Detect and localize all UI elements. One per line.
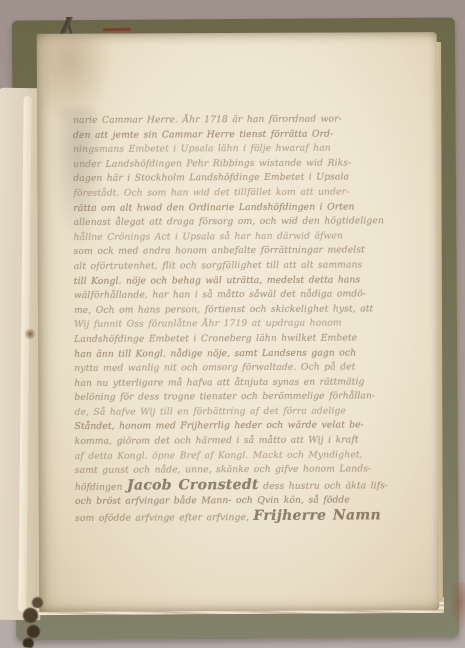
text-segment: Ståndet, honom med Frijherrlig heder och… — [75, 420, 364, 433]
text-segment: som ofödde arfvinge efter arfvinge, — [75, 512, 253, 524]
text-segment: nytta med wanlig nit och omsorg förwalta… — [74, 362, 355, 374]
text-segment: Landshöfdinge Embetet i Croneberg lähn h… — [74, 332, 357, 344]
text-segment: hållne Crönings Act i Upsala så har han … — [74, 230, 344, 242]
text-segment: till Kongl. nöje och behag wäl uträtta, … — [74, 274, 361, 286]
text-segment: Wij funnit Oss föranlåtne Åhr 1719 at up… — [74, 318, 342, 330]
text-segment: samt gunst och nåde, unne, skänke och gi… — [75, 464, 372, 477]
text-segment: dess hustru och äkta lifs- — [259, 480, 389, 492]
text-segment: de, Så hafve Wij till en förbättring af … — [74, 405, 346, 417]
text-segment: allenast ålegat att draga försorg om, oc… — [73, 215, 384, 228]
emphasized-name: Frijherre Namn — [253, 507, 381, 524]
text-segment: wälförhållande, har han i så måtto såwäl… — [74, 288, 366, 301]
text-line: höfdingen Jacob Cronstedt dess hustru oc… — [75, 477, 420, 495]
emphasized-name: Jacob Cronstedt — [127, 477, 259, 494]
text-segment: komma, giörom det och härmed i så måtto … — [75, 434, 359, 446]
red-mark-on-cover-edge — [103, 28, 131, 31]
text-segment: dagen här i Stockholm Landshöfdinge Embe… — [73, 172, 349, 184]
text-segment: han nu ytterligare må hafva att åtnjuta … — [74, 376, 364, 389]
text-segment: narie Cammar Herre. Åhr 1718 är han föro… — [73, 113, 342, 125]
text-segment: me, Och om hans person, förtienst och sk… — [74, 303, 373, 316]
text-segment: rätta om alt hwad den Ordinarie Landshöf… — [73, 201, 354, 213]
text-segment: af detta Kongl. öpne Bref af Kongl. Mack… — [75, 449, 363, 462]
manuscript-photo: narie Cammar Herre. Åhr 1718 är han föro… — [0, 0, 465, 648]
binding-tie-knot — [13, 594, 54, 648]
worn-cover-corner — [449, 582, 465, 632]
manuscript-text: narie Cammar Herre. Åhr 1718 är han föro… — [73, 112, 420, 526]
text-segment: den att jemte sin Cammar Herre tienst fö… — [73, 128, 333, 140]
text-segment: som ock med andra honom anbefalte förrät… — [74, 245, 365, 258]
text-segment: och bröst arfvingar både Mann- och Qvin … — [75, 495, 350, 507]
text-segment: höfdingen — [75, 481, 127, 492]
text-segment: under Landshöfdingen Pehr Ribbings wista… — [73, 157, 351, 169]
text-segment: förestådt. Och som han wid det tillfälle… — [73, 186, 349, 198]
text-segment: han änn till Kongl. nådige nöje, samt La… — [74, 347, 356, 359]
text-line: som ofödde arfvinge efter arfvinge, Frij… — [75, 508, 420, 526]
gutter-ink-spot — [25, 327, 35, 341]
text-segment: ningsmans Embetet i Upsala lähn i följe … — [73, 143, 331, 155]
text-segment: alt oförtrutenhet, flit och sorgfällighe… — [74, 259, 363, 272]
text-segment: belöning för dess trogne tienster och be… — [74, 391, 375, 404]
